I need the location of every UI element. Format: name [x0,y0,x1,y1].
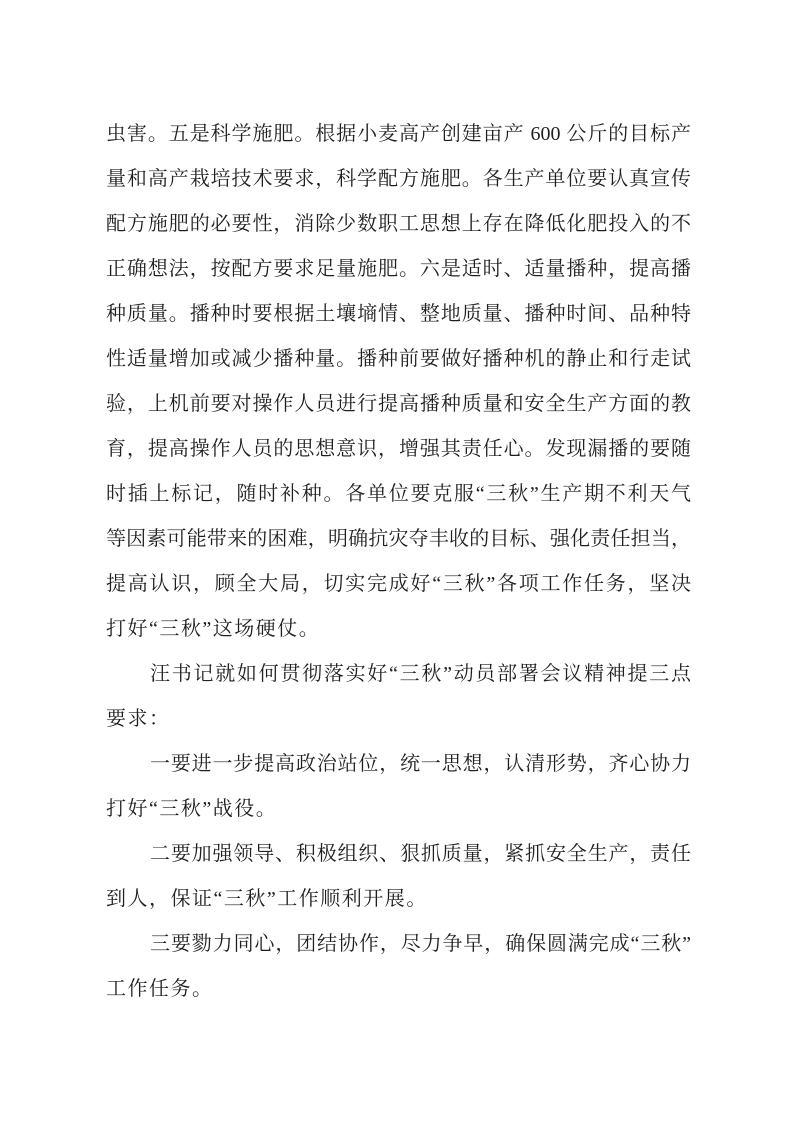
text-line: 配方施肥的必要性，消除少数职工思想上存在降低化肥投入的不 [106,202,691,247]
text-line: 汪书记就如何贯彻落实好“三秋”动员部署会议精神提三点 [106,652,691,697]
text-line: 三要勠力同心，团结协作，尽力争早，确保圆满完成“三秋” [106,922,691,967]
document-body-text: 虫害。五是科学施肥。根据小麦高产创建亩产 600 公斤的目标产 量和高产栽培技术… [106,112,691,1012]
text-line: 二要加强领导、积极组织、狠抓质量，紧抓安全生产，责任 [106,832,691,877]
text-line: 时插上标记，随时补种。各单位要克服“三秋”生产期不利天气 [106,472,691,517]
text-line: 性适量增加或减少播种量。播种前要做好播种机的静止和行走试 [106,337,691,382]
text-line: 打好“三秋”战役。 [106,787,691,832]
text-line: 验，上机前要对操作人员进行提高播种质量和安全生产方面的教 [106,382,691,427]
text-line: 种质量。播种时要根据土壤墒情、整地质量、播种时间、品种特 [106,292,691,337]
document-page: 虫害。五是科学施肥。根据小麦高产创建亩产 600 公斤的目标产 量和高产栽培技术… [0,0,793,1122]
text-line: 正确想法，按配方要求足量施肥。六是适时、适量播种，提高播 [106,247,691,292]
text-line: 工作任务。 [106,967,691,1012]
text-line: 量和高产栽培技术要求，科学配方施肥。各生产单位要认真宣传 [106,157,691,202]
text-line: 虫害。五是科学施肥。根据小麦高产创建亩产 600 公斤的目标产 [106,112,691,157]
text-line: 到人，保证“三秋”工作顺利开展。 [106,877,691,922]
text-line: 打好“三秋”这场硬仗。 [106,607,691,652]
text-line: 要求： [106,697,691,742]
text-line: 等因素可能带来的困难，明确抗灾夺丰收的目标、强化责任担当， [106,517,691,562]
text-line: 育，提高操作人员的思想意识，增强其责任心。发现漏播的要随 [106,427,691,472]
text-line: 一要进一步提高政治站位，统一思想，认清形势，齐心协力 [106,742,691,787]
text-line: 提高认识，顾全大局，切实完成好“三秋”各项工作任务，坚决 [106,562,691,607]
